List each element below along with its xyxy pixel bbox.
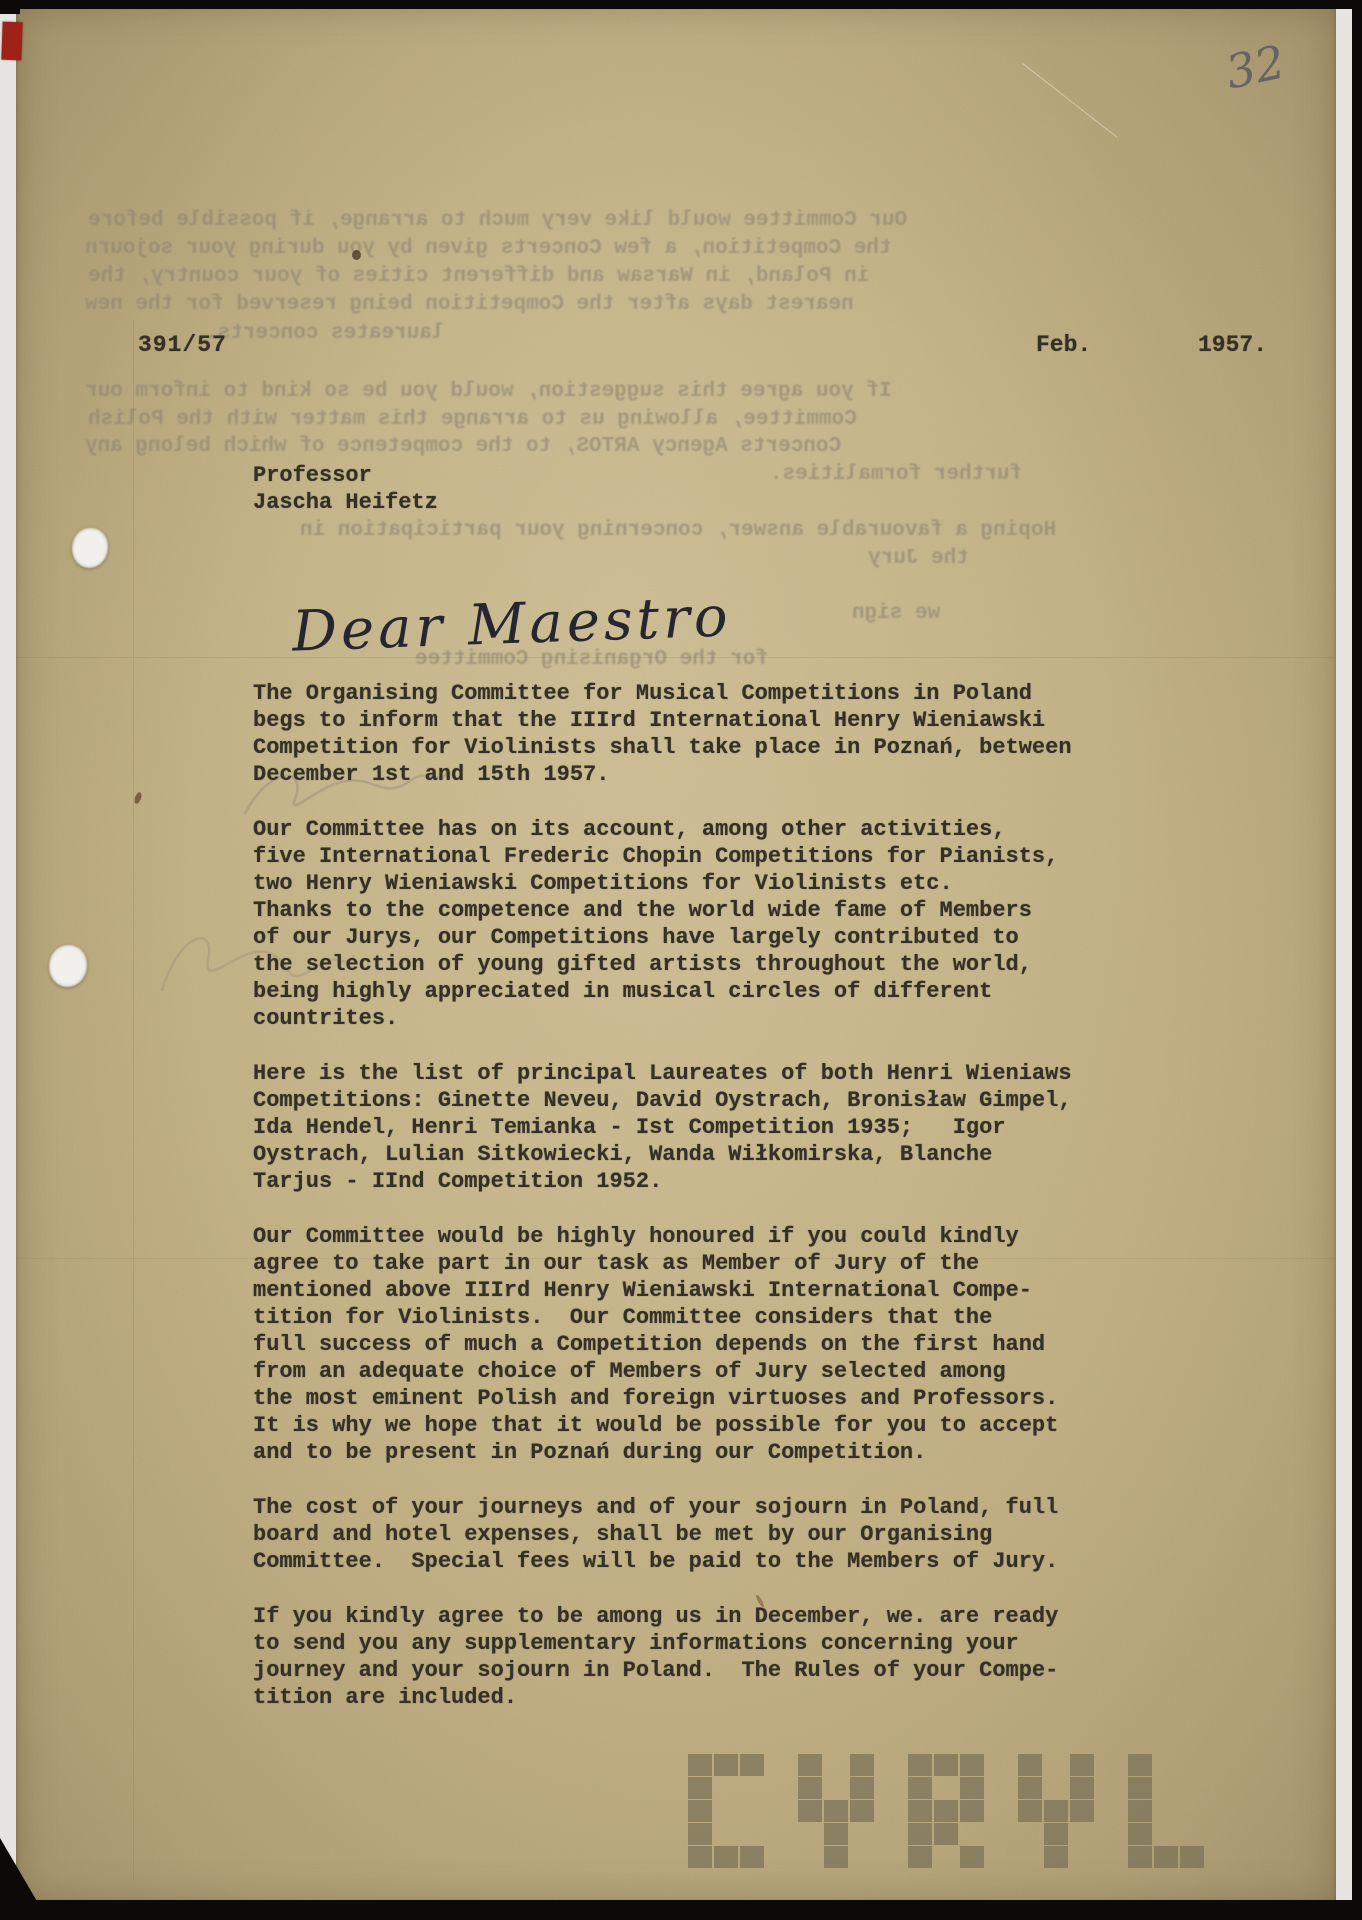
watermark-letter — [798, 1754, 874, 1868]
bleedthrough-line: further formalities. — [770, 461, 1022, 488]
watermark-letter — [1128, 1754, 1204, 1868]
watermark-cell — [714, 1800, 738, 1822]
bleedthrough-line: nearest days after the Competition being… — [85, 291, 854, 318]
watermark-cell — [1044, 1846, 1068, 1868]
watermark-cell — [1180, 1777, 1204, 1799]
watermark-cell — [1018, 1777, 1042, 1799]
letter-body: The Organising Committee for Musical Com… — [253, 680, 1133, 1739]
watermark-cell — [960, 1800, 984, 1822]
watermark-cell — [1128, 1754, 1152, 1776]
watermark-cell — [1070, 1800, 1094, 1822]
bleedthrough-line: in Poland, in Warsaw and different citie… — [88, 263, 869, 290]
watermark-cell — [824, 1846, 848, 1868]
watermark-cell — [798, 1846, 822, 1868]
watermark-cell — [934, 1823, 958, 1845]
scan-corner-top-left — [0, 0, 20, 14]
watermark-cell — [850, 1754, 874, 1776]
watermark-cell — [740, 1754, 764, 1776]
watermark-cell — [1070, 1777, 1094, 1799]
watermark-cell — [1044, 1754, 1068, 1776]
watermark-cell — [1154, 1777, 1178, 1799]
watermark-cell — [1018, 1800, 1042, 1822]
watermark-cell — [934, 1777, 958, 1799]
watermark-cell — [1154, 1846, 1178, 1868]
bleedthrough-line: Our Committee would like very much to ar… — [88, 207, 907, 234]
watermark-cell — [798, 1800, 822, 1822]
bleedthrough-line: laureates concerts. — [205, 320, 444, 347]
watermark-cell — [824, 1777, 848, 1799]
watermark-cell — [688, 1754, 712, 1776]
watermark-cell — [1180, 1800, 1204, 1822]
watermark-cell — [1128, 1800, 1152, 1822]
watermark-cell — [1070, 1846, 1094, 1868]
watermark-letter — [908, 1754, 984, 1868]
scan-edge-bottom — [0, 1900, 1362, 1920]
bleedthrough-line: Concerts Agency ARTOS, to the competence… — [85, 433, 841, 460]
letter-paragraph: Here is the list of principal Laureates … — [253, 1060, 1133, 1195]
watermark-cell — [960, 1846, 984, 1868]
bleedthrough-line: If you agree this suggestion, would you … — [85, 378, 892, 405]
watermark-cell — [908, 1800, 932, 1822]
scanned-letter-page: { "page": { "archive_number": "32", "ref… — [0, 0, 1362, 1920]
letter-paragraph: The Organising Committee for Musical Com… — [253, 680, 1133, 788]
watermark-cell — [1070, 1823, 1094, 1845]
watermark-cell — [688, 1823, 712, 1845]
watermark-cell — [1180, 1754, 1204, 1776]
bleedthrough-line: the Jury — [868, 545, 969, 572]
bleedthrough-line: Hoping a favourable answer, concerning y… — [300, 517, 1056, 544]
watermark-cell — [824, 1754, 848, 1776]
letter-paragraph: The cost of your journeys and of your so… — [253, 1494, 1133, 1575]
watermark-cell — [740, 1846, 764, 1868]
watermark-cell — [1044, 1823, 1068, 1845]
watermark-cell — [1018, 1754, 1042, 1776]
watermark-cell — [850, 1777, 874, 1799]
watermark-cell — [1128, 1846, 1152, 1868]
watermark-cell — [1128, 1777, 1152, 1799]
watermark-letter — [688, 1754, 764, 1868]
watermark-cell — [714, 1777, 738, 1799]
vertical-crease — [133, 320, 134, 1880]
watermark-cell — [908, 1754, 932, 1776]
watermark-cell — [960, 1823, 984, 1845]
watermark-cell — [688, 1777, 712, 1799]
date-month: Feb. — [1036, 332, 1091, 358]
watermark-cell — [908, 1846, 932, 1868]
watermark-cell — [688, 1800, 712, 1822]
reference-number: 391/57 — [138, 332, 227, 358]
bleedthrough-line: the Competition, a few Concerts given by… — [85, 235, 892, 262]
cyryl-watermark — [688, 1754, 1238, 1868]
watermark-cell — [1154, 1754, 1178, 1776]
watermark-cell — [934, 1846, 958, 1868]
watermark-cell — [1180, 1823, 1204, 1845]
scan-edge-top — [0, 0, 1362, 9]
letter-paragraph: Our Committee would be highly honoured i… — [253, 1223, 1133, 1466]
watermark-cell — [1154, 1800, 1178, 1822]
watermark-cell — [714, 1846, 738, 1868]
watermark-cell — [1154, 1823, 1178, 1845]
watermark-cell — [850, 1846, 874, 1868]
watermark-cell — [1128, 1823, 1152, 1845]
watermark-cell — [798, 1777, 822, 1799]
watermark-letter — [1018, 1754, 1094, 1868]
watermark-cell — [740, 1823, 764, 1845]
letter-paragraph: If you kindly agree to be among us in De… — [253, 1603, 1133, 1711]
watermark-cell — [908, 1777, 932, 1799]
watermark-cell — [1044, 1777, 1068, 1799]
watermark-cell — [740, 1777, 764, 1799]
watermark-cell — [850, 1823, 874, 1845]
red-archival-tab — [1, 22, 22, 61]
watermark-cell — [740, 1800, 764, 1822]
watermark-cell — [824, 1800, 848, 1822]
watermark-cell — [798, 1754, 822, 1776]
watermark-cell — [1018, 1846, 1042, 1868]
bleedthrough-line: Committee, allowing us to arrange this m… — [88, 406, 857, 433]
letter-paragraph: Our Committee has on its account, among … — [253, 816, 1133, 1032]
recipient-address: Professor Jascha Heifetz — [253, 462, 438, 516]
watermark-cell — [714, 1823, 738, 1845]
watermark-cell — [1070, 1754, 1094, 1776]
date-year: 1957. — [1198, 332, 1267, 358]
watermark-cell — [824, 1823, 848, 1845]
ink-speck — [352, 250, 361, 260]
watermark-cell — [908, 1823, 932, 1845]
watermark-cell — [1018, 1823, 1042, 1845]
bleedthrough-line: we sign — [852, 600, 940, 627]
watermark-cell — [798, 1823, 822, 1845]
horizontal-crease — [16, 657, 1334, 658]
watermark-cell — [934, 1800, 958, 1822]
watermark-cell — [714, 1754, 738, 1776]
watermark-cell — [960, 1754, 984, 1776]
watermark-cell — [1044, 1800, 1068, 1822]
watermark-cell — [850, 1800, 874, 1822]
watermark-cell — [1180, 1846, 1204, 1868]
watermark-cell — [688, 1846, 712, 1868]
watermark-cell — [934, 1754, 958, 1776]
watermark-cell — [960, 1777, 984, 1799]
